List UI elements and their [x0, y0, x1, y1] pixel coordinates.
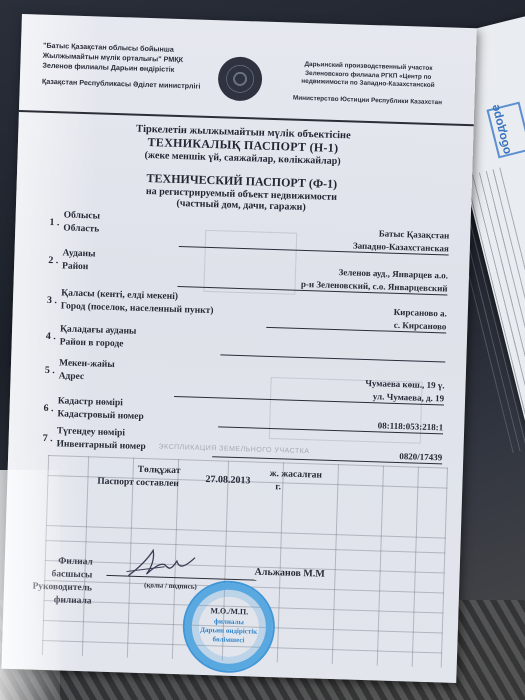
field-underline — [220, 354, 445, 362]
field-number: 2 . — [48, 255, 58, 266]
field-number: 7 . — [43, 433, 53, 444]
header-left-kz: "Батыс Қазақстан облысы бойынша Жылжымай… — [42, 41, 243, 93]
signature-caption: (қолы / подпись) — [144, 581, 197, 591]
header-left-ministry: Қазақстан Республикасы Әділет министрліг… — [42, 77, 242, 93]
field-number: 4 . — [46, 331, 56, 342]
field-label: Түгендеу нөміріИнвентарный номер — [56, 425, 146, 454]
field-label: Қаласы (кенті, елді мекені)Город (посело… — [61, 287, 214, 318]
document-title-block: Тіркелетін жылжымайтын мүлік объектісіне… — [76, 122, 408, 216]
state-emblem-icon — [217, 56, 262, 101]
field-label: ОблысыОбласть — [63, 209, 100, 236]
header-right-ru: Дарьинский производственный участок Зеле… — [277, 60, 458, 108]
field-number: 1 . — [49, 217, 59, 228]
composed-label-kz: Төлқұжат — [138, 465, 181, 476]
stamp-line: бөлімшесі — [184, 634, 272, 645]
field-label: АуданыРайон — [62, 247, 96, 274]
stamp-mp: М.О./М.П. — [185, 605, 273, 617]
field-number: 6 . — [43, 403, 53, 414]
field-label: Кадастр нөміріКадастровый номер — [57, 395, 144, 424]
field-label: Мекен-жайыАдрес — [58, 357, 114, 385]
composed-suffix-kz: ж. жасалған — [270, 469, 323, 481]
field-label: Қаладағы ауданыРайон в городе — [59, 323, 136, 351]
signer-name: Альжанов М.М — [254, 567, 324, 580]
header-right-ministry: Министерство Юстиции Республики Казахста… — [277, 94, 457, 108]
field-number: 5 . — [45, 365, 55, 376]
composed-date: 27.08.2013 — [205, 474, 250, 486]
technical-passport-page: "Батыс Қазақстан облысы бойынша Жылжымай… — [1, 14, 476, 683]
field-number: 3 . — [47, 295, 57, 306]
light-glare — [0, 470, 60, 700]
composed-suffix-ru: г. — [275, 482, 281, 492]
